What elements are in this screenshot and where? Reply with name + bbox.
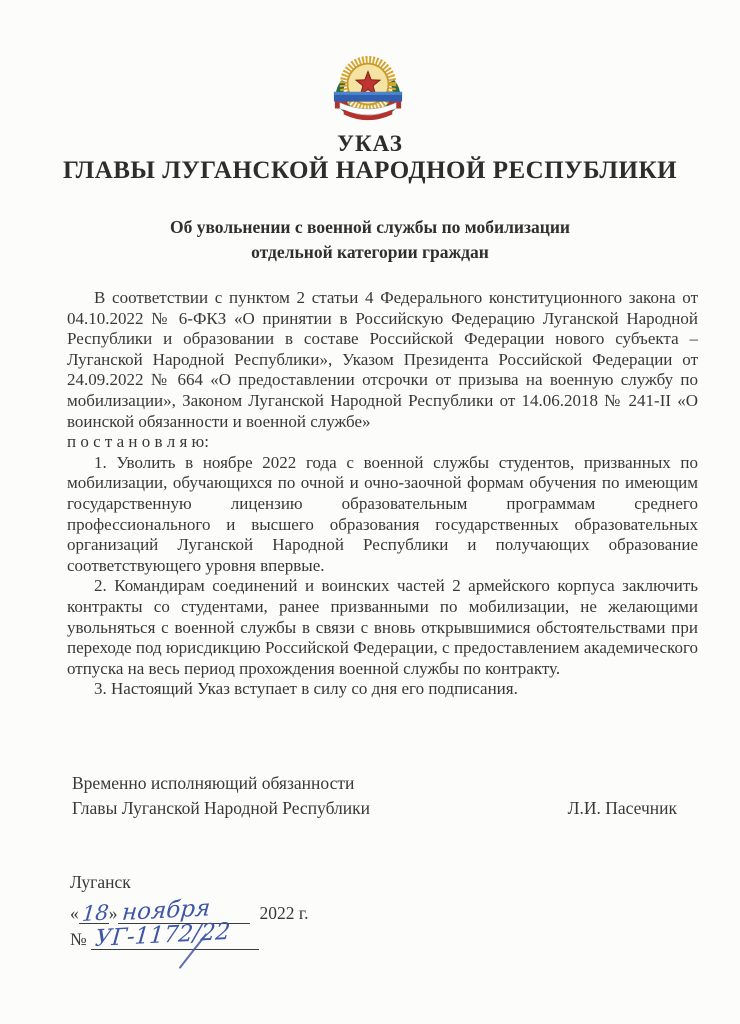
number-sign: № [70, 929, 87, 950]
subject-line-2: отдельной категории граждан [70, 240, 670, 265]
decree-item-2: 2. Командирам соединений и воинских част… [67, 576, 698, 679]
signatory-role-line-1: Временно исполняющий обязанности [72, 771, 677, 796]
issuer-title: ГЛАВЫ ЛУГАНСКОЙ НАРОДНОЙ РЕСПУБЛИКИ [0, 157, 740, 185]
decree-item-1: 1. Уволить в ноябре 2022 года с военной … [67, 453, 698, 577]
subject-heading: Об увольнении с военной службы по мобили… [70, 215, 670, 265]
enacting-word: п о с т а н о в л я ю: [67, 432, 698, 453]
decree-item-3: 3. Настоящий Указ вступает в силу со дня… [67, 679, 698, 700]
scanned-decree-page: УКАЗ ГЛАВЫ ЛУГАНСКОЙ НАРОДНОЙ РЕСПУБЛИКИ… [0, 0, 740, 1024]
signature-block: Временно исполняющий обязанности Главы Л… [72, 771, 677, 821]
signatory-name: Л.И. Пасечник [568, 796, 677, 821]
signatory-role-line-2: Главы Луганской Народной Республики [72, 796, 370, 821]
quote-open: « [70, 903, 79, 924]
decree-body: В соответствии с пунктом 2 статьи 4 Феде… [67, 288, 698, 700]
preamble-paragraph: В соответствии с пунктом 2 статьи 4 Феде… [67, 288, 698, 432]
document-type-title: УКАЗ [0, 131, 740, 157]
number-blank-line: УГ-1172/22 [91, 927, 259, 950]
quote-close: » [109, 903, 118, 924]
issue-number-row: № УГ-1172/22 [70, 924, 390, 950]
issue-city: Луганск [70, 872, 390, 893]
issue-year: 2022 г. [260, 903, 309, 924]
day-blank-line: 18 [79, 901, 109, 924]
lnr-coat-of-arms-emblem [331, 54, 405, 124]
handwritten-day: 18 [81, 900, 110, 926]
issue-block: Луганск «18» ноября 2022 г. № УГ-1172/22 [70, 872, 390, 950]
subject-line-1: Об увольнении с военной службы по мобили… [70, 215, 670, 240]
